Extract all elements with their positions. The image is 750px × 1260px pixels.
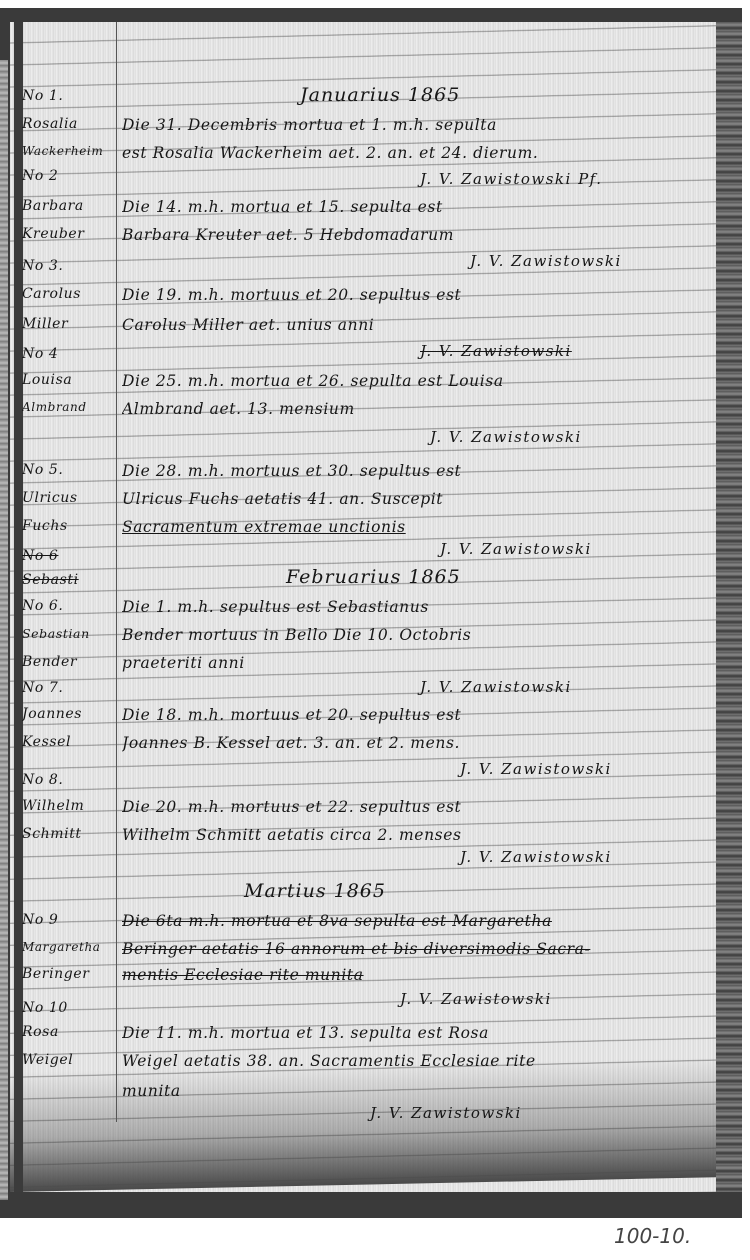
entry-number: No 5. xyxy=(22,462,116,478)
margin-column-rule xyxy=(116,22,117,1122)
entry-number: No 6. xyxy=(22,598,116,614)
entry-text-line-struck: Die 6ta m.h. mortua et 8va sepulta est M… xyxy=(122,912,707,930)
entry-number: No 10 xyxy=(22,1000,116,1016)
margin-name: Almbrand xyxy=(22,400,116,414)
entry-text-line: Die 25. m.h. mortua et 26. sepulta est L… xyxy=(122,372,707,390)
entry-text-line: est Rosalia Wackerheim aet. 2. an. et 24… xyxy=(122,144,707,162)
margin-name: Carolus xyxy=(22,286,116,302)
margin-name: Kreuber xyxy=(22,226,116,242)
margin-name: Rosa xyxy=(22,1024,116,1040)
priest-signature: J. V. Zawistowski xyxy=(440,540,592,558)
margin-name: Louisa xyxy=(22,372,116,388)
month-heading-januarius: Januarius 1865 xyxy=(300,84,460,106)
margin-name: Miller xyxy=(22,316,116,332)
page-right-edge xyxy=(716,22,742,1192)
margin-name: Sebastian xyxy=(22,626,116,641)
entry-text-line: Joannes B. Kessel aet. 3. an. et 2. mens… xyxy=(122,734,707,752)
margin-name: Wackerheim xyxy=(22,144,116,158)
entry-number: No 8. xyxy=(22,772,116,788)
priest-signature: J. V. Zawistowski xyxy=(430,428,582,446)
entry-text-line: Carolus Miller aet. unius anni xyxy=(122,316,707,334)
entry-number-struck: No 6 xyxy=(22,548,116,564)
margin-name: Bender xyxy=(22,654,116,670)
entry-text-line-struck: Beringer aetatis 16 annorum et bis diver… xyxy=(122,940,707,958)
entry-text-line-struck: mentis Ecclesiae rite munita xyxy=(122,966,707,984)
month-heading-februarius: Februarius 1865 xyxy=(286,566,461,588)
entry-text-line: Die 20. m.h. mortuus et 22. sepultus est xyxy=(122,798,707,816)
priest-signature: J. V. Zawistowski xyxy=(460,760,612,778)
margin-name: Ulricus xyxy=(22,490,116,506)
priest-signature: J. V. Zawistowski xyxy=(470,252,622,270)
entry-text-line: Die 1. m.h. sepultus est Sebastianus xyxy=(122,598,707,616)
entry-number: No 1. xyxy=(22,88,116,104)
entry-text-line: Bender mortuus in Bello Die 10. Octobris xyxy=(122,626,707,644)
priest-signature: J. V. Zawistowski xyxy=(420,342,572,360)
entry-text-line: Die 28. m.h. mortuus et 30. sepultus est xyxy=(122,462,707,480)
entry-text-line: praeteriti anni xyxy=(122,654,707,672)
margin-name: Wilhelm xyxy=(22,798,116,814)
margin-name: Fuchs xyxy=(22,518,116,534)
entry-number: No 2 xyxy=(22,168,116,184)
margin-name: Schmitt xyxy=(22,826,116,842)
priest-signature: J. V. Zawistowski xyxy=(460,848,612,866)
margin-name: Joannes xyxy=(22,706,116,722)
margin-name: Margaretha xyxy=(22,940,116,954)
margin-name: Rosalia xyxy=(22,116,116,132)
margin-name: Beringer xyxy=(22,966,116,982)
entry-text-line: munita xyxy=(122,1082,707,1100)
entry-number: No 7. xyxy=(22,680,116,696)
entry-text-line: Barbara Kreuter aet. 5 Hebdomadarum xyxy=(122,226,707,244)
entry-text-line: Weigel aetatis 38. an. Sacramentis Eccle… xyxy=(122,1052,707,1070)
month-heading-martius: Martius 1865 xyxy=(244,880,386,902)
priest-signature: J. V. Zawistowski xyxy=(400,990,552,1008)
margin-name: Kessel xyxy=(22,734,116,750)
priest-signature: J. V. Zawistowski xyxy=(370,1104,522,1122)
entry-text-line: Ulricus Fuchs aetatis 41. an. Suscepit xyxy=(122,490,707,508)
entry-text-line: Wilhelm Schmitt aetatis circa 2. menses xyxy=(122,826,707,844)
entry-text-line: Die 31. Decembris mortua et 1. m.h. sepu… xyxy=(122,116,707,134)
binding-edge xyxy=(0,60,8,1200)
entry-number: No 3. xyxy=(22,258,116,274)
entry-number: No 4 xyxy=(22,346,116,362)
entry-text-line: Die 11. m.h. mortua et 13. sepulta est R… xyxy=(122,1024,707,1042)
entry-text-line: Die 18. m.h. mortuus et 20. sepultus est xyxy=(122,706,707,724)
entry-text-line: Sacramentum extremae unctionis xyxy=(122,518,707,536)
margin-name-struck: Sebasti xyxy=(22,572,116,588)
entry-text-line: Almbrand aet. 13. mensium xyxy=(122,400,707,418)
margin-name: Barbara xyxy=(22,198,116,214)
archive-number: 100-10. xyxy=(614,1224,691,1248)
margin-name: Weigel xyxy=(22,1052,116,1068)
priest-signature: J. V. Zawistowski xyxy=(420,678,572,696)
entry-number: No 9 xyxy=(22,912,116,928)
entry-text-line: Die 19. m.h. mortuus et 20. sepultus est xyxy=(122,286,707,304)
priest-signature: J. V. Zawistowski Pf. xyxy=(420,170,602,188)
entry-text-line: Die 14. m.h. mortua et 15. sepulta est xyxy=(122,198,707,216)
